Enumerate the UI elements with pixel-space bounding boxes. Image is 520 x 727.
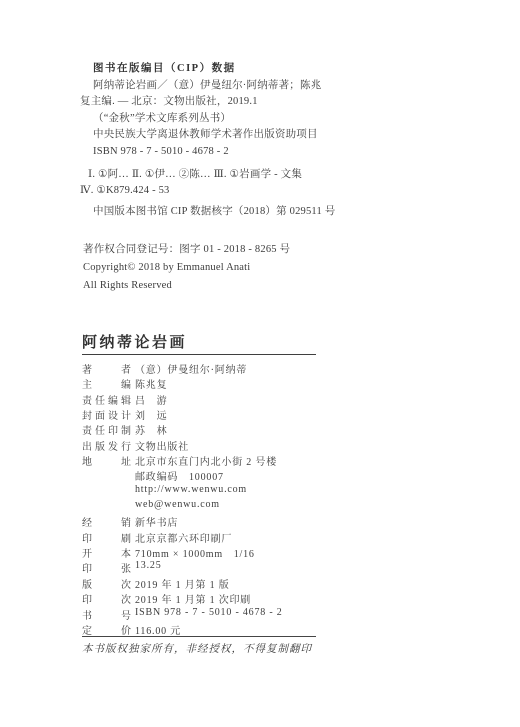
- colophon-value: 北京京都六环印刷厂: [135, 530, 232, 545]
- colophon-row: 印 次 2019 年 1 月第 1 次印刷: [82, 591, 283, 606]
- colophon-row: 开 本 710mm × 1000mm 1/16: [82, 545, 283, 560]
- book-title: 阿纳蒂论岩画: [82, 331, 187, 352]
- colophon-row: 封面设计 刘 远: [82, 407, 283, 422]
- cip-entry-line: （“金秋”学术文库系列丛书）: [80, 111, 440, 128]
- colophon-label: 著 者: [82, 361, 135, 376]
- title-divider: [82, 354, 316, 355]
- colophon-label: 版 次: [82, 576, 135, 591]
- colophon-label: 印 刷: [82, 530, 135, 545]
- colophon-value: http://www.wenwu.com: [135, 484, 247, 495]
- colophon-value: 邮政编码 100007: [135, 468, 224, 483]
- colophon-value: 文物出版社: [135, 438, 189, 453]
- colophon-value: 710mm × 1000mm 1/16: [135, 545, 255, 560]
- colophon-row: 责任编辑 吕 游: [82, 392, 283, 407]
- colophon-label: 开 本: [82, 545, 135, 560]
- colophon-row: 著 者 （意）伊曼纽尔·阿纳蒂: [82, 361, 283, 376]
- cip-classification-line: Ⅰ. ①阿… Ⅱ. ①伊… ②陈… Ⅲ. ①岩画学 - 文集: [80, 167, 440, 183]
- colophon-row: 邮政编码 100007: [82, 468, 283, 483]
- cip-isbn-line: ISBN 978 - 7 - 5010 - 4678 - 2: [80, 144, 440, 161]
- colophon-value: web@wenwu.com: [135, 499, 220, 510]
- cip-data-block: 图书在版编目（CIP）数据 阿纳蒂论岩画／（意）伊曼纽尔·阿纳蒂著；陈兆 复主编…: [80, 61, 440, 221]
- colophon-row: 出版发行 文物出版社: [82, 438, 283, 453]
- colophon-value: 116.00 元: [135, 622, 181, 637]
- colophon-label: 地 址: [82, 453, 135, 468]
- copyright-notice: 本书版权独家所有，非经授权，不得复制翻印: [82, 641, 312, 656]
- copyright-block: 著作权合同登记号：图字 01 - 2018 - 8265 号 Copyright…: [83, 241, 290, 294]
- colophon-row: 定 价 116.00 元: [82, 622, 283, 637]
- cip-entry-line: 中央民族大学离退休教师学术著作出版资助项目: [80, 127, 440, 144]
- colophon-row: 地 址 北京市东直门内北小街 2 号楼: [82, 453, 283, 468]
- colophon-value: 2019 年 1 月第 1 版: [135, 576, 230, 591]
- colophon-label: 经 销: [82, 514, 135, 529]
- colophon-label: 定 价: [82, 622, 135, 637]
- cip-record-number: 中国版本图书馆 CIP 数据核字（2018）第 029511 号: [80, 204, 440, 221]
- colophon-value: 2019 年 1 月第 1 次印刷: [135, 591, 251, 606]
- colophon-value: 陈兆复: [135, 376, 167, 391]
- colophon-label: 印 张: [82, 560, 135, 575]
- colophon-row: 版 次 2019 年 1 月第 1 版: [82, 576, 283, 591]
- rights-reserved-line: All Rights Reserved: [83, 277, 290, 295]
- colophon-value: 吕 游: [135, 392, 167, 407]
- colophon-label: 责任印制: [82, 422, 135, 437]
- colophon-row: 经 销 新华书店: [82, 514, 283, 529]
- colophon-row: 书 号 ISBN 978 - 7 - 5010 - 4678 - 2: [82, 607, 283, 622]
- cip-heading: 图书在版编目（CIP）数据: [80, 61, 440, 78]
- cip-entry-line: 阿纳蒂论岩画／（意）伊曼纽尔·阿纳蒂著；陈兆: [80, 78, 440, 95]
- colophon-value: 刘 远: [135, 407, 167, 422]
- bottom-divider: [82, 636, 316, 637]
- colophon-row: 印 刷 北京京都六环印刷厂: [82, 530, 283, 545]
- colophon-label: 印 次: [82, 591, 135, 606]
- colophon-value: 苏 林: [135, 422, 167, 437]
- colophon-row: 主 编 陈兆复: [82, 376, 283, 391]
- colophon-row: http://www.wenwu.com: [82, 484, 283, 499]
- colophon-row: 印 张 13.25: [82, 560, 283, 575]
- colophon-block: 著 者 （意）伊曼纽尔·阿纳蒂 主 编 陈兆复 责任编辑 吕 游 封面设计 刘 …: [82, 361, 283, 637]
- colophon-value: 新华书店: [135, 514, 178, 529]
- colophon-value: 北京市东直门内北小街 2 号楼: [135, 453, 277, 468]
- copyright-line: Copyright© 2018 by Emmanuel Anati: [83, 259, 290, 277]
- cip-classification-line: Ⅳ. ①K879.424 - 53: [80, 183, 440, 199]
- colophon-value: 13.25: [135, 560, 162, 571]
- colophon-label: 书 号: [82, 607, 135, 622]
- copyright-registration-line: 著作权合同登记号：图字 01 - 2018 - 8265 号: [83, 241, 290, 259]
- cip-entry-line: 复主编. — 北京：文物出版社，2019.1: [80, 94, 440, 111]
- colophon-row: web@wenwu.com: [82, 499, 283, 514]
- colophon-label: 封面设计: [82, 407, 135, 422]
- colophon-row: 责任印制 苏 林: [82, 422, 283, 437]
- book-copyright-page: 图书在版编目（CIP）数据 阿纳蒂论岩画／（意）伊曼纽尔·阿纳蒂著；陈兆 复主编…: [0, 0, 520, 727]
- colophon-label: 出版发行: [82, 438, 135, 453]
- colophon-value: （意）伊曼纽尔·阿纳蒂: [135, 361, 247, 376]
- cip-classification-block: Ⅰ. ①阿… Ⅱ. ①伊… ②陈… Ⅲ. ①岩画学 - 文集 Ⅳ. ①K879.…: [80, 167, 440, 198]
- colophon-label: 主 编: [82, 376, 135, 391]
- colophon-label: 责任编辑: [82, 392, 135, 407]
- colophon-value: ISBN 978 - 7 - 5010 - 4678 - 2: [135, 607, 283, 618]
